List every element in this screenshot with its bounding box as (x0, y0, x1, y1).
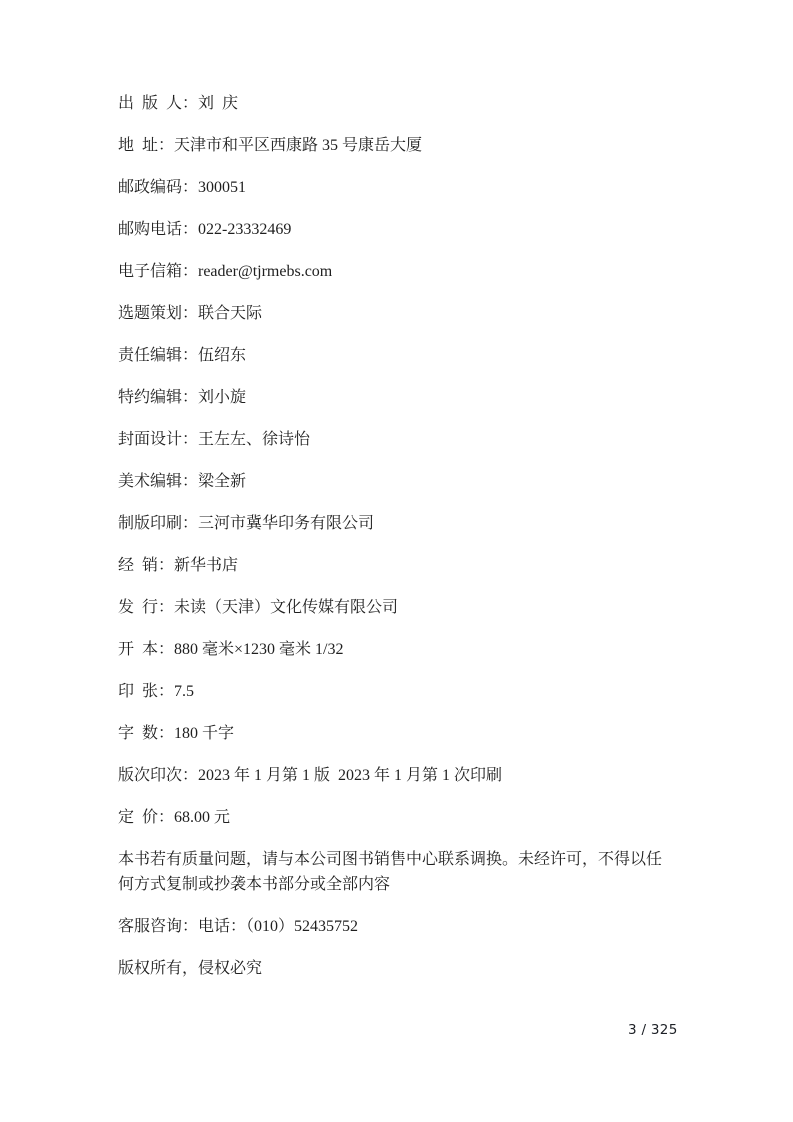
colophon-line-managing-editor: 责任编辑：伍绍东 (118, 343, 676, 368)
colophon-line-publisher: 出 版 人：刘 庆 (118, 91, 676, 116)
colophon-line-special-editor: 特约编辑：刘小旋 (118, 385, 676, 410)
colophon-line-address: 地 址：天津市和平区西康路 35 号康岳大厦 (118, 133, 676, 158)
colophon-block: 出 版 人：刘 庆 地 址：天津市和平区西康路 35 号康岳大厦 邮政编码：30… (118, 91, 676, 998)
colophon-line-cover-design: 封面设计：王左左、徐诗怡 (118, 427, 676, 452)
colophon-line-printer: 制版印刷：三河市冀华印务有限公司 (118, 511, 676, 536)
colophon-line-planning: 选题策划：联合天际 (118, 301, 676, 326)
colophon-line-word-count: 字 数：180 千字 (118, 721, 676, 746)
colophon-line-art-editor: 美术编辑：梁全新 (118, 469, 676, 494)
colophon-line-email: 电子信箱：reader@tjrmebs.com (118, 259, 676, 284)
colophon-line-issuer: 发 行：未读（天津）文化传媒有限公司 (118, 595, 676, 620)
colophon-line-distributor: 经 销：新华书店 (118, 553, 676, 578)
quality-notice: 本书若有质量问题，请与本公司图书销售中心联系调换。未经许可，不得以任何方式复制或… (118, 847, 676, 897)
colophon-line-sheets: 印 张：7.5 (118, 679, 676, 704)
colophon-line-price: 定 价：68.00 元 (118, 805, 676, 830)
colophon-line-postcode: 邮政编码：300051 (118, 175, 676, 200)
colophon-line-edition: 版次印次：2023 年 1 月第 1 版 2023 年 1 月第 1 次印刷 (118, 763, 676, 788)
document-page: 出 版 人：刘 庆 地 址：天津市和平区西康路 35 号康岳大厦 邮政编码：30… (0, 0, 793, 1122)
page-indicator: 3 / 325 (628, 1022, 678, 1038)
customer-service-line: 客服咨询：电话：（010）52435752 (118, 914, 676, 939)
colophon-line-format: 开 本：880 毫米×1230 毫米 1/32 (118, 637, 676, 662)
colophon-line-mailorder-phone: 邮购电话：022-23332469 (118, 217, 676, 242)
copyright-notice: 版权所有，侵权必究 (118, 956, 676, 981)
